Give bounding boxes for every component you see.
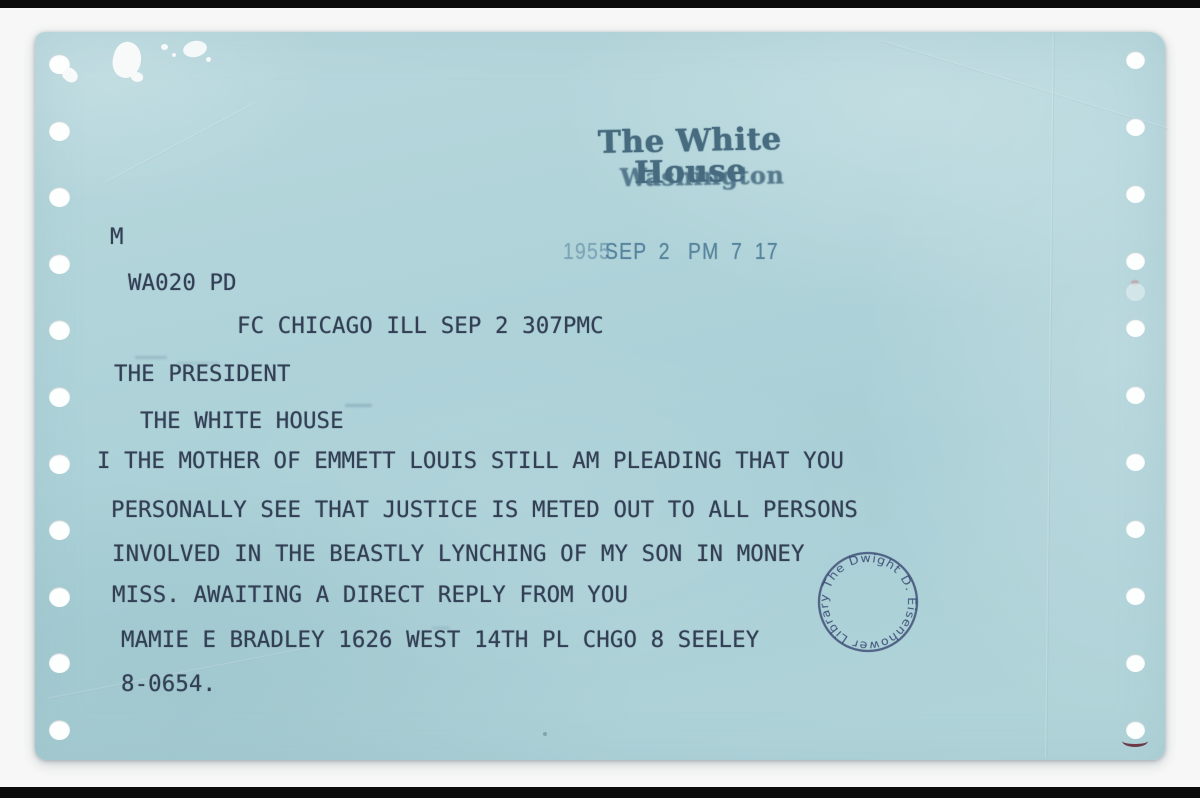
punch-hole bbox=[1126, 252, 1145, 270]
telegram-line: THE WHITE HOUSE bbox=[140, 410, 344, 432]
punch-hole bbox=[1126, 319, 1145, 337]
punch-hole bbox=[1126, 453, 1145, 471]
damage-spot bbox=[206, 57, 211, 62]
punch-hole bbox=[49, 254, 70, 274]
red-ink-mark bbox=[1122, 735, 1148, 747]
telegram-line: MAMIE E BRADLEY 1626 WEST 14TH PL CHGO 8… bbox=[121, 629, 759, 651]
ink-smudge bbox=[135, 356, 167, 359]
punch-hole bbox=[1126, 520, 1145, 538]
punch-hole bbox=[49, 387, 70, 407]
damage-spot bbox=[161, 44, 168, 50]
film-border-top bbox=[0, 0, 1200, 8]
received-date-stamp: 1955 SEP 2 PM 7 17 bbox=[35, 240, 1165, 270]
paper-crease bbox=[1045, 34, 1055, 758]
punch-hole bbox=[49, 653, 70, 673]
punch-hole bbox=[1126, 386, 1145, 404]
punch-hole bbox=[1126, 185, 1145, 203]
telegram-line: 8-0654. bbox=[121, 673, 216, 695]
punch-hole bbox=[49, 187, 70, 207]
punch-hole bbox=[49, 720, 70, 740]
telegram-line: M bbox=[110, 226, 124, 248]
punch-hole bbox=[1126, 51, 1145, 69]
received-date: SEP 2 bbox=[605, 240, 671, 263]
washington-letterhead-stamp: Washington bbox=[620, 164, 760, 190]
punch-hole bbox=[49, 520, 70, 540]
punch-hole bbox=[49, 320, 70, 340]
paper-crease bbox=[881, 40, 1168, 130]
telegram-line: FC CHICAGO ILL SEP 2 307PMC bbox=[237, 315, 604, 337]
received-time: PM 7 17 bbox=[688, 240, 779, 263]
paper-crease bbox=[104, 102, 255, 184]
telegram-paper: The White House Washington 1955 SEP 2 PM… bbox=[35, 32, 1165, 760]
ink-smudge bbox=[345, 404, 372, 407]
svg-text:The Dwight D. Eisenhower Libra: The Dwight D. Eisenhower Library bbox=[805, 539, 932, 665]
punch-hole bbox=[49, 587, 70, 607]
punch-hole-impression bbox=[1126, 283, 1145, 301]
punch-hole bbox=[49, 454, 70, 474]
telegram-line: PERSONALLY SEE THAT JUSTICE IS METED OUT… bbox=[111, 499, 858, 521]
archive-stamp: The Dwight D. Eisenhower Library bbox=[800, 534, 936, 670]
telegram-line: THE PRESIDENT bbox=[114, 363, 291, 385]
punch-hole bbox=[1126, 118, 1145, 136]
archive-stamp-text: The Dwight D. Eisenhower Library bbox=[805, 539, 932, 665]
ink-smudge bbox=[177, 362, 219, 364]
dark-speck bbox=[543, 732, 547, 736]
telegram-line: INVOLVED IN THE BEASTLY LYNCHING OF MY S… bbox=[112, 543, 805, 565]
punch-hole bbox=[1126, 587, 1145, 605]
telegram-line: MISS. AWAITING A DIRECT REPLY FROM YOU bbox=[112, 584, 628, 606]
film-border-bottom bbox=[0, 787, 1200, 798]
scan-background: The White House Washington 1955 SEP 2 PM… bbox=[0, 0, 1200, 798]
punch-hole bbox=[1126, 654, 1145, 672]
ink-smudge bbox=[432, 627, 450, 629]
telegram-line: I THE MOTHER OF EMMETT LOUIS STILL AM PL… bbox=[97, 450, 844, 472]
damage-spot bbox=[172, 53, 176, 57]
punch-hole bbox=[49, 121, 70, 141]
telegram-line: WA020 PD bbox=[128, 272, 237, 294]
received-year: 1955 bbox=[563, 240, 611, 263]
